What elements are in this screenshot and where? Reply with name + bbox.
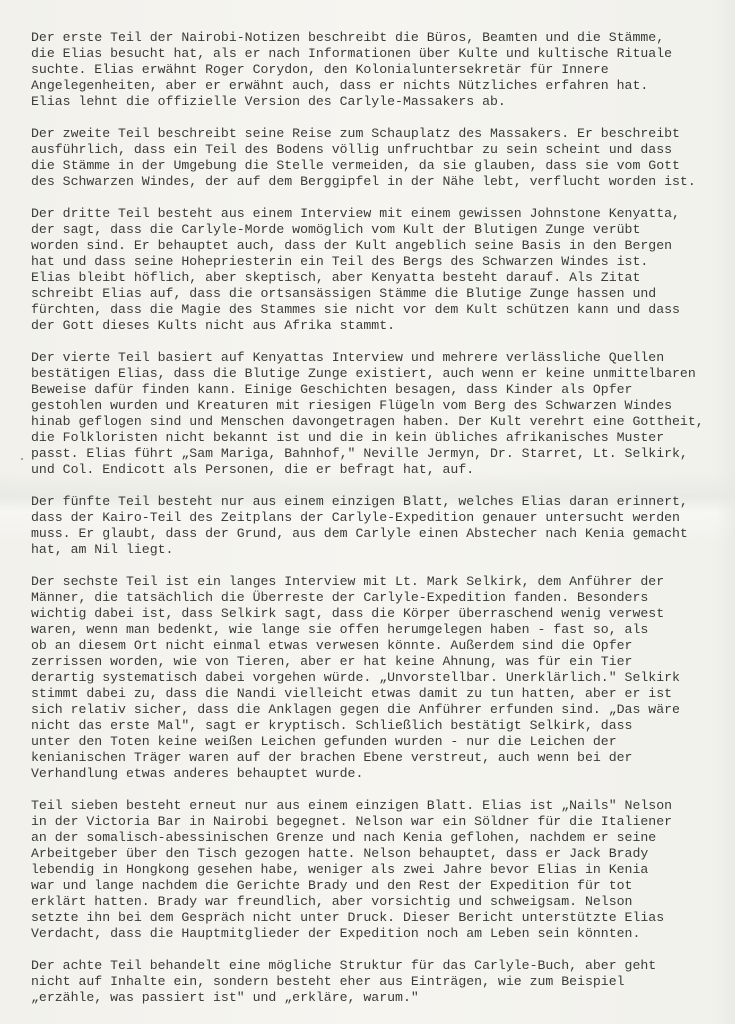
text-line: Der fünfte Teil besteht nur aus einem ei… <box>31 494 721 510</box>
text-line: muss. Er glaubt, dass der Grund, aus dem… <box>31 526 721 542</box>
text-line: Verdacht, dass die Hauptmitglieder der E… <box>31 926 721 942</box>
text-line: stimmt dabei zu, dass die Nandi vielleic… <box>31 686 721 702</box>
text-line: und Col. Endicott als Personen, die er b… <box>31 462 721 478</box>
text-line: erklärt hatten. Brady war freundlich, ab… <box>31 894 721 910</box>
text-line: derartig systematisch dabei vorgehen wür… <box>31 670 721 686</box>
paragraph-part-3: Der dritte Teil besteht aus einem Interv… <box>31 206 721 334</box>
text-line: die Folkloristen nicht bekannt ist und d… <box>31 430 721 446</box>
paragraph-part-4: Der vierte Teil basiert auf Kenyattas In… <box>31 350 721 478</box>
text-line: schreibt Elias auf, dass die ortsansässi… <box>31 286 721 302</box>
text-line: der Gott dieses Kults nicht aus Afrika s… <box>31 318 721 334</box>
text-line: Elias lehnt die offizielle Version des C… <box>31 94 721 110</box>
text-line: lebendig in Hongkong gesehen habe, wenig… <box>31 862 721 878</box>
text-line: Männer, die tatsächlich die Überreste de… <box>31 590 721 606</box>
text-line: hinab geflogen sind und Menschen davonge… <box>31 414 721 430</box>
paper-page: Der erste Teil der Nairobi-Notizen besch… <box>0 0 735 1024</box>
paragraph-part-1: Der erste Teil der Nairobi-Notizen besch… <box>31 30 721 110</box>
text-line: Elias bleibt höflich, aber skeptisch, ab… <box>31 270 721 286</box>
text-line: dass der Kairo-Teil des Zeitplans der Ca… <box>31 510 721 526</box>
text-line: ausführlich, dass ein Teil des Bodens vö… <box>31 142 721 158</box>
text-line: passt. Elias führt „Sam Mariga, Bahnhof,… <box>31 446 721 462</box>
text-line: gestohlen wurden und Kreaturen mit riesi… <box>31 398 721 414</box>
text-line: suchte. Elias erwähnt Roger Corydon, den… <box>31 62 721 78</box>
text-line: des Schwarzen Windes, der auf dem Berggi… <box>31 174 721 190</box>
text-line: waren, wenn man bedenkt, wie lange sie o… <box>31 622 721 638</box>
text-line: war und lange nachdem die Gerichte Brady… <box>31 878 721 894</box>
paragraph-part-7: Teil sieben besteht erneut nur aus einem… <box>31 798 721 942</box>
text-line: die Stämme in der Umgebung die Stelle ve… <box>31 158 721 174</box>
text-line: setzte ihn bei dem Gespräch nicht unter … <box>31 910 721 926</box>
text-line: Der zweite Teil beschreibt seine Reise z… <box>31 126 721 142</box>
text-line: bestätigen Elias, dass die Blutige Zunge… <box>31 366 721 382</box>
text-line: der sagt, dass die Carlyle-Morde womögli… <box>31 222 721 238</box>
paragraph-part-5: Der fünfte Teil besteht nur aus einem ei… <box>31 494 721 558</box>
text-line: nicht das erste Mal", sagt er kryptisch.… <box>31 718 721 734</box>
text-line: Beweise dafür finden kann. Einige Geschi… <box>31 382 721 398</box>
text-line: Der achte Teil behandelt eine mögliche S… <box>31 958 721 974</box>
text-line: Angelegenheiten, aber er erwähnt auch, d… <box>31 78 721 94</box>
text-line: Arbeitgeber über den Tisch gezogen hatte… <box>31 846 721 862</box>
text-line: nicht auf Inhalte ein, sondern besteht e… <box>31 974 721 990</box>
paragraph-part-6: Der sechste Teil ist ein langes Intervie… <box>31 574 721 782</box>
text-line: Verhandlung etwas anderes behauptet wurd… <box>31 766 721 782</box>
text-line: „erzähle, was passiert ist" und „erkläre… <box>31 990 721 1006</box>
text-line: sich relativ sicher, dass die Anklagen g… <box>31 702 721 718</box>
text-line: kenianischen Träger waren auf der brache… <box>31 750 721 766</box>
text-line: wichtig dabei ist, dass Selkirk sagt, da… <box>31 606 721 622</box>
text-line: an der somalisch-abessinischen Grenze un… <box>31 830 721 846</box>
text-line: ob an diesem Ort nicht einmal etwas verw… <box>31 638 721 654</box>
typewritten-text: Der erste Teil der Nairobi-Notizen besch… <box>31 30 721 1022</box>
text-line: zerrissen worden, wie von Tieren, aber e… <box>31 654 721 670</box>
text-line: Der erste Teil der Nairobi-Notizen besch… <box>31 30 721 46</box>
text-line: Der dritte Teil besteht aus einem Interv… <box>31 206 721 222</box>
text-line: die Elias besucht hat, als er nach Infor… <box>31 46 721 62</box>
text-line: hat und dass seine Hohepriesterin ein Te… <box>31 254 721 270</box>
paragraph-part-2: Der zweite Teil beschreibt seine Reise z… <box>31 126 721 190</box>
paper-speck <box>21 458 23 460</box>
paragraph-part-8: Der achte Teil behandelt eine mögliche S… <box>31 958 721 1006</box>
text-line: Der sechste Teil ist ein langes Intervie… <box>31 574 721 590</box>
text-line: hat, am Nil liegt. <box>31 542 721 558</box>
text-line: in der Victoria Bar in Nairobi begegnet.… <box>31 814 721 830</box>
text-line: unter den Toten keine weißen Leichen gef… <box>31 734 721 750</box>
text-line: Der vierte Teil basiert auf Kenyattas In… <box>31 350 721 366</box>
text-line: worden sind. Er behauptet auch, dass der… <box>31 238 721 254</box>
text-line: fürchten, dass die Magie des Stammes sie… <box>31 302 721 318</box>
text-line: Teil sieben besteht erneut nur aus einem… <box>31 798 721 814</box>
